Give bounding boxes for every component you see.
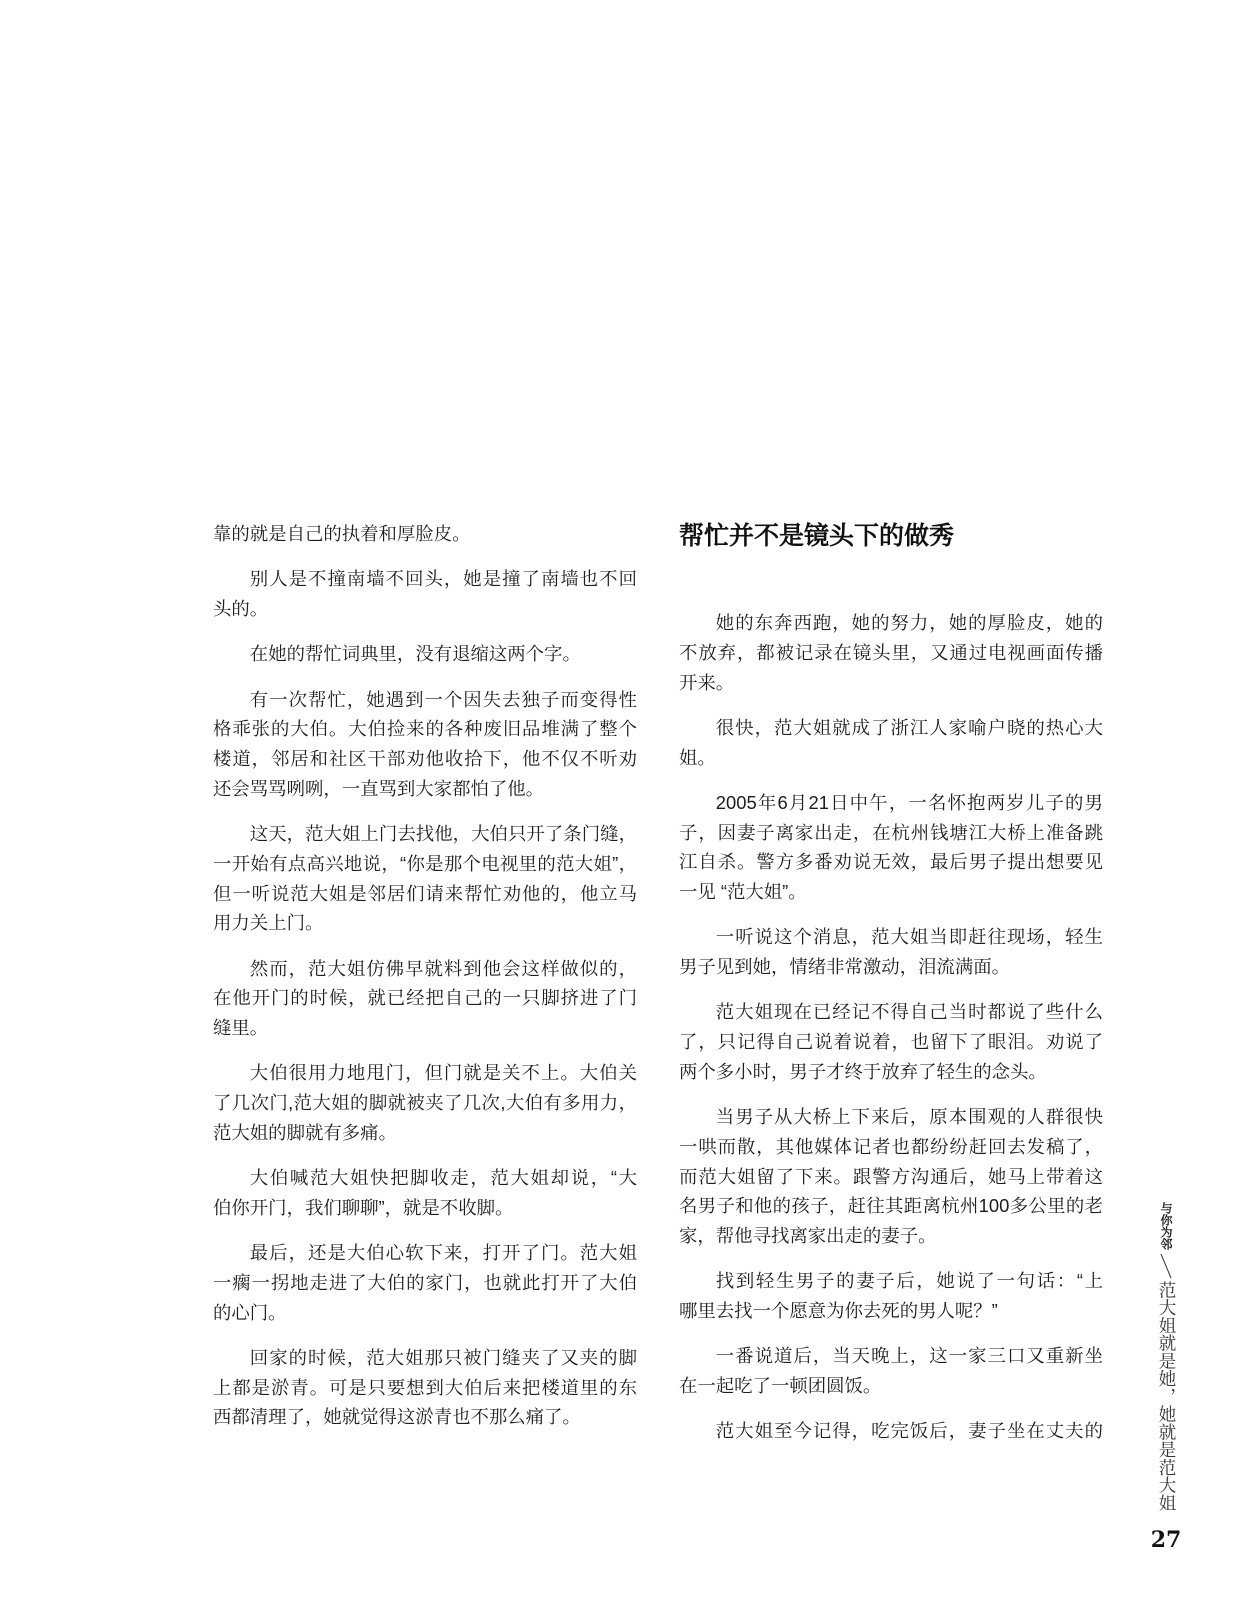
text-line: 在她的帮忙词典里，没有退缩这两个字。 xyxy=(213,639,637,669)
text-line: 男子见到她，情绪非常激动，泪流满面。 xyxy=(679,952,1103,982)
text-line: 姐。 xyxy=(679,743,1103,773)
text-line: 最后，还是大伯心软下来，打开了门。范大姐 xyxy=(213,1238,637,1268)
text-line: 一听说这个消息，范大姐当即赶往现场，轻生 xyxy=(679,922,1103,952)
slash-separator-icon xyxy=(1156,1250,1176,1281)
text-line: 用力关上门。 xyxy=(213,908,637,938)
left-text-column: 靠的就是自己的执着和厚脸皮。 别人是不撞南墙不回头，她是撞了南墙也不回 头的。 … xyxy=(213,519,637,1432)
text-line: 一瘸一拐地走进了大伯的家门，也就此打开了大伯 xyxy=(213,1268,637,1298)
text-line: 一番说道后，当天晚上，这一家三口又重新坐 xyxy=(679,1341,1103,1371)
text-line: 当男子从大桥上下来后，原本围观的人群很快 xyxy=(679,1102,1103,1132)
text-line: 在他开门的时候，就已经把自己的一只脚挤进了门 xyxy=(213,983,637,1013)
text-line: 大伯很用力地甩门，但门就是关不上。大伯关 xyxy=(213,1058,637,1088)
text-line: 上都是淤青。可是只要想到大伯后来把楼道里的东 xyxy=(213,1373,637,1403)
text-line: 一开始有点高兴地说，“你是那个电视里的范大姐”， xyxy=(213,849,637,879)
text-line: 江自杀。警方多番劝说无效，最后男子提出想要见 xyxy=(679,847,1103,877)
text-line: 一见 “范大姐”。 xyxy=(679,877,1103,907)
text-line: 别人是不撞南墙不回头，她是撞了南墙也不回 xyxy=(213,564,637,594)
text-line: 她的东奔西跑，她的努力，她的厚脸皮，她的 xyxy=(679,608,1103,638)
text-line: 有一次帮忙，她遇到一个因失去独子而变得性 xyxy=(213,685,637,715)
text-line: 大伯喊范大姐快把脚收走，范大姐却说，“大 xyxy=(213,1163,637,1193)
text-line: 哪里去找一个愿意为你去死的男人呢？” xyxy=(679,1296,1103,1326)
paragraph: 2005年6月21日中午，一名怀抱两岁儿子的男 子，因妻子离家出走，在杭州钱塘江… xyxy=(679,788,1103,907)
paragraph: 大伯很用力地甩门，但门就是关不上。大伯关 了几次门,范大姐的脚就被夹了几次,大伯… xyxy=(213,1058,637,1147)
text-line: 这天，范大姐上门去找他，大伯只开了条门缝， xyxy=(213,819,637,849)
text-line: 回家的时候，范大姐那只被门缝夹了又夹的脚 xyxy=(213,1343,637,1373)
paragraph: 有一次帮忙，她遇到一个因失去独子而变得性 格乖张的大伯。大伯捡来的各种废旧品堆满… xyxy=(213,685,637,804)
text-line: 范大姐至今记得，吃完饭后，妻子坐在丈夫的 xyxy=(679,1416,1103,1446)
paragraph: 在她的帮忙词典里，没有退缩这两个字。 xyxy=(213,639,637,669)
text-line: 范大姐现在已经记不得自己当时都说了些什么 xyxy=(679,997,1103,1027)
paragraph: 别人是不撞南墙不回头，她是撞了南墙也不回 头的。 xyxy=(213,564,637,624)
paragraph: 一听说这个消息，范大姐当即赶往现场，轻生 男子见到她，情绪非常激动，泪流满面。 xyxy=(679,922,1103,982)
paragraph: 很快，范大姐就成了浙江人家喻户晓的热心大 姐。 xyxy=(679,713,1103,773)
text-line: 子，因妻子离家出走，在杭州钱塘江大桥上准备跳 xyxy=(679,818,1103,848)
text-line: 两个多小时，男子才终于放弃了轻生的念头。 xyxy=(679,1057,1103,1087)
page-number: 27 xyxy=(1146,1526,1186,1554)
text-line: 2005年6月21日中午，一名怀抱两岁儿子的男 xyxy=(679,788,1103,818)
paragraph: 范大姐现在已经记不得自己当时都说了些什么 了，只记得自己说着说着，也留下了眼泪。… xyxy=(679,997,1103,1086)
text-line: 伯你开门，我们聊聊”，就是不收脚。 xyxy=(213,1193,637,1223)
paragraph: 一番说道后，当天晚上，这一家三口又重新坐 在一起吃了一顿团圆饭。 xyxy=(679,1341,1103,1401)
text-line: 还会骂骂咧咧，一直骂到大家都怕了他。 xyxy=(213,774,637,804)
paragraph: 她的东奔西跑，她的努力，她的厚脸皮，她的 不放弃，都被记录在镜头里，又通过电视画… xyxy=(679,608,1103,697)
text-line: 范大姐的脚就有多痛。 xyxy=(213,1118,637,1148)
text-line: 西都清理了，她就觉得这淤青也不那么痛了。 xyxy=(213,1402,637,1432)
text-line: 在一起吃了一顿团圆饭。 xyxy=(679,1371,1103,1401)
text-line: 很快，范大姐就成了浙江人家喻户晓的热心大 xyxy=(679,713,1103,743)
text-line: 的心门。 xyxy=(213,1298,637,1328)
paragraph: 大伯喊范大姐快把脚收走，范大姐却说，“大 伯你开门，我们聊聊”，就是不收脚。 xyxy=(213,1163,637,1223)
paragraph: 最后，还是大伯心软下来，打开了门。范大姐 一瘸一拐地走进了大伯的家门，也就此打开… xyxy=(213,1238,637,1327)
text-line: 缝里。 xyxy=(213,1013,637,1043)
paragraph: 找到轻生男子的妻子后，她说了一句话：“上 哪里去找一个愿意为你去死的男人呢？” xyxy=(679,1266,1103,1326)
text-line: 家，帮他寻找离家出走的妻子。 xyxy=(679,1221,1103,1251)
text-line: 了几次门,范大姐的脚就被夹了几次,大伯有多用力， xyxy=(213,1088,637,1118)
text-line: 楼道，邻居和社区干部劝他收拾下，他不仅不听劝 xyxy=(213,744,637,774)
text-line: 头的。 xyxy=(213,594,637,624)
text-line: 找到轻生男子的妻子后，她说了一句话：“上 xyxy=(679,1266,1103,1296)
text-line: 名男子和他的孩子，赶往其距离杭州100多公里的老 xyxy=(679,1191,1103,1221)
right-text-column: 她的东奔西跑，她的努力，她的厚脸皮，她的 不放弃，都被记录在镜头里，又通过电视画… xyxy=(679,608,1103,1446)
paragraph: 这天，范大姐上门去找他，大伯只开了条门缝， 一开始有点高兴地说，“你是那个电视里… xyxy=(213,819,637,938)
paragraph: 然而，范大姐仿佛早就料到他会这样做似的， 在他开门的时候，就已经把自己的一只脚挤… xyxy=(213,954,637,1043)
text-line: 格乖张的大伯。大伯捡来的各种废旧品堆满了整个 xyxy=(213,714,637,744)
section-heading: 帮忙并不是镜头下的做秀 xyxy=(679,521,954,551)
text-line: 了，只记得自己说着说着，也留下了眼泪。劝说了 xyxy=(679,1027,1103,1057)
paragraph: 靠的就是自己的执着和厚脸皮。 xyxy=(213,519,637,549)
text-line: 而范大姐留了下来。跟警方沟通后，她马上带着这 xyxy=(679,1162,1103,1192)
paragraph: 范大姐至今记得，吃完饭后，妻子坐在丈夫的 xyxy=(679,1416,1103,1446)
magazine-page: 靠的就是自己的执着和厚脸皮。 别人是不撞南墙不回头，她是撞了南墙也不回 头的。 … xyxy=(0,0,1240,1624)
paragraph: 回家的时候，范大姐那只被门缝夹了又夹的脚 上都是淤青。可是只要想到大伯后来把楼道… xyxy=(213,1343,637,1432)
text-line: 但一听说范大姐是邻居们请来帮忙劝他的，他立马 xyxy=(213,879,637,909)
text-line: 靠的就是自己的执着和厚脸皮。 xyxy=(213,519,637,549)
text-line: 不放弃，都被记录在镜头里，又通过电视画面传播 xyxy=(679,638,1103,668)
running-head-section: 与你为邻 xyxy=(1160,1202,1172,1250)
text-line: 一哄而散，其他媒体记者也都纷纷赶回去发稿了， xyxy=(679,1132,1103,1162)
running-head-title: 范大姐就是她，她就是范大姐 xyxy=(1157,1281,1175,1512)
text-line: 然而，范大姐仿佛早就料到他会这样做似的， xyxy=(213,954,637,984)
text-line: 开来。 xyxy=(679,668,1103,698)
paragraph: 当男子从大桥上下来后，原本围观的人群很快 一哄而散，其他媒体记者也都纷纷赶回去发… xyxy=(679,1102,1103,1251)
running-head: 与你为邻 范大姐就是她，她就是范大姐 xyxy=(1154,1202,1178,1512)
